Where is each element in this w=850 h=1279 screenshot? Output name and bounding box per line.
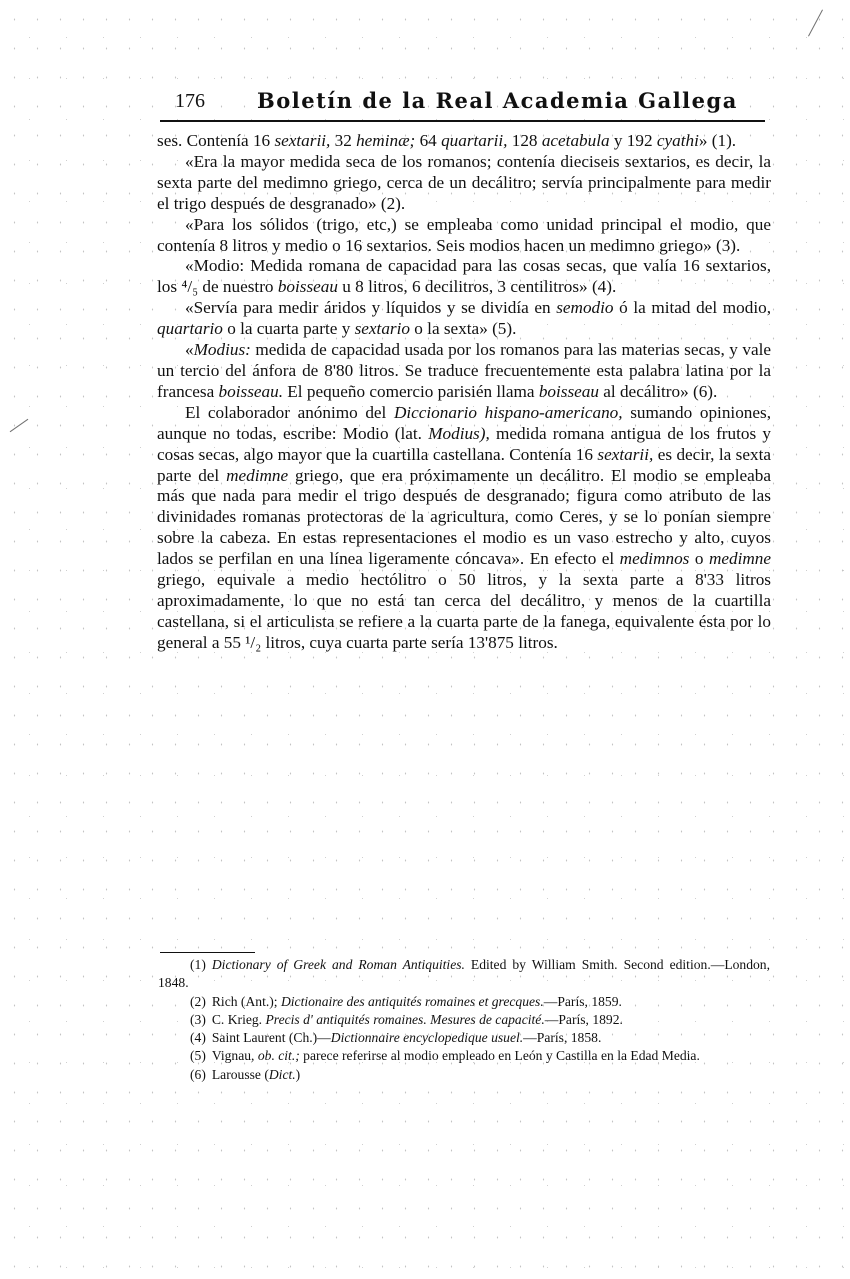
text-run: «Era la mayor medida seca de los romanos… xyxy=(157,152,771,213)
text-run: ses. Contenía 16 xyxy=(157,131,274,150)
italic-term: Modius), xyxy=(428,424,490,443)
paragraph: ses. Contenía 16 sextarii, 32 heminæ; 64… xyxy=(157,131,771,152)
footnote: (2)Rich (Ant.); Dictionaire des antiquit… xyxy=(158,993,770,1011)
text-run: « xyxy=(185,340,194,359)
text-run: El colaborador anónimo del xyxy=(185,403,394,422)
italic-term: cyathi xyxy=(657,131,699,150)
paragraph: «Modius: medida de capacidad usada por l… xyxy=(157,340,771,403)
text-run: o la sexta» (5). xyxy=(410,319,516,338)
footnote: (5)Vignau, ob. cit.; parece referirse al… xyxy=(158,1047,770,1065)
text-run: C. Krieg. xyxy=(212,1012,266,1027)
footnote-mark: (2) xyxy=(190,994,206,1009)
text-run: —París, 1858. xyxy=(523,1030,601,1045)
text-run: al decálitro» (6). xyxy=(599,382,717,401)
footnote: (3)C. Krieg. Precis d' antiquités romain… xyxy=(158,1011,770,1029)
text-run: Larousse ( xyxy=(212,1067,269,1082)
footnote: (1)Dictionary of Greek and Roman Antiqui… xyxy=(158,956,770,993)
header-rule xyxy=(160,120,765,122)
footnote-mark: (4) xyxy=(190,1030,206,1045)
italic-term: Precis d' antiquités romaines. Mesures d… xyxy=(265,1012,544,1027)
footnote: (4)Saint Laurent (Ch.)—Dictionnaire ency… xyxy=(158,1029,770,1047)
italic-term: semodio xyxy=(556,298,613,317)
text-run: Vignau, xyxy=(212,1048,258,1063)
paragraph: «Era la mayor medida seca de los romanos… xyxy=(157,152,771,215)
footnote-mark: (5) xyxy=(190,1048,206,1063)
italic-term: sextarii, xyxy=(274,131,330,150)
text-run: —París, 1892. xyxy=(545,1012,623,1027)
italic-term: medimne xyxy=(709,549,771,568)
text-run: 32 xyxy=(330,131,356,150)
italic-term: boisseau. xyxy=(219,382,283,401)
italic-term: quartarii, xyxy=(441,131,507,150)
page-number: 176 xyxy=(175,90,205,113)
text-run: u 8 litros, 6 decilitros, 3 centilitros»… xyxy=(338,277,616,296)
italic-term: Dictionary of Greek and Roman Antiquitie… xyxy=(212,957,465,972)
running-title: Boletín de la Real Academia Gallega xyxy=(257,88,738,113)
italic-term: heminæ; xyxy=(356,131,415,150)
italic-term: boisseau xyxy=(539,382,599,401)
text-run: ó la mitad del modio, xyxy=(614,298,771,317)
page-header: 176 Boletín de la Real Academia Gallega xyxy=(165,88,765,118)
text-run: o la cuarta parte y xyxy=(223,319,355,338)
footnote-mark: (1) xyxy=(190,957,206,972)
text-run: griego, equivale a medio hectólitro o 50… xyxy=(157,570,771,652)
paragraph: «Modio: Medida romana de capacidad para … xyxy=(157,256,771,298)
text-run: El pequeño comercio parisién llama xyxy=(283,382,539,401)
text-run: 64 xyxy=(415,131,441,150)
italic-term: ob. cit.; xyxy=(258,1048,300,1063)
italic-term: Diccionario hispano-americano, xyxy=(394,403,623,422)
text-run: «Servía para medir áridos y líquidos y s… xyxy=(185,298,556,317)
paragraph: «Servía para medir áridos y líquidos y s… xyxy=(157,298,771,340)
text-run: » (1). xyxy=(699,131,736,150)
footnote-mark: (6) xyxy=(190,1067,206,1082)
italic-term: sextario xyxy=(355,319,410,338)
italic-term: medimne xyxy=(226,466,288,485)
scan-scratch-mark xyxy=(808,10,823,37)
text-run: —París, 1859. xyxy=(544,994,622,1009)
italic-term: medimnos xyxy=(620,549,690,568)
italic-term: boisseau xyxy=(278,277,338,296)
italic-term: Dictionaire des antiquités romaines et g… xyxy=(281,994,544,1009)
paragraph: «Para los sólidos (trigo, etc,) se emple… xyxy=(157,215,771,257)
footnote-mark: (3) xyxy=(190,1012,206,1027)
footnote: (6)Larousse (Dict.) xyxy=(158,1066,770,1084)
text-run: ) xyxy=(296,1067,301,1082)
text-run: parece referirse al modio empleado en Le… xyxy=(300,1048,700,1063)
footnote-separator xyxy=(160,952,255,953)
paragraph: El colaborador anónimo del Diccionario h… xyxy=(157,403,771,654)
italic-term: quartario xyxy=(157,319,223,338)
italic-term: sextarii, xyxy=(597,445,653,464)
italic-term: Dict. xyxy=(269,1067,296,1082)
body-text: ses. Contenía 16 sextarii, 32 heminæ; 64… xyxy=(157,131,771,654)
text-run: Rich (Ant.); xyxy=(212,994,281,1009)
scan-scratch-mark xyxy=(10,419,29,432)
text-run: o xyxy=(689,549,709,568)
text-run: «Para los sólidos (trigo, etc,) se emple… xyxy=(157,215,771,255)
footnotes: (1)Dictionary of Greek and Roman Antiqui… xyxy=(158,956,770,1084)
italic-term: acetabula xyxy=(542,131,610,150)
italic-term: Modius: xyxy=(194,340,251,359)
text-run: Saint Laurent (Ch.)— xyxy=(212,1030,331,1045)
italic-term: Dictionnaire encyclopedique usuel. xyxy=(331,1030,523,1045)
text-run: 128 xyxy=(507,131,541,150)
text-run: y 192 xyxy=(610,131,657,150)
